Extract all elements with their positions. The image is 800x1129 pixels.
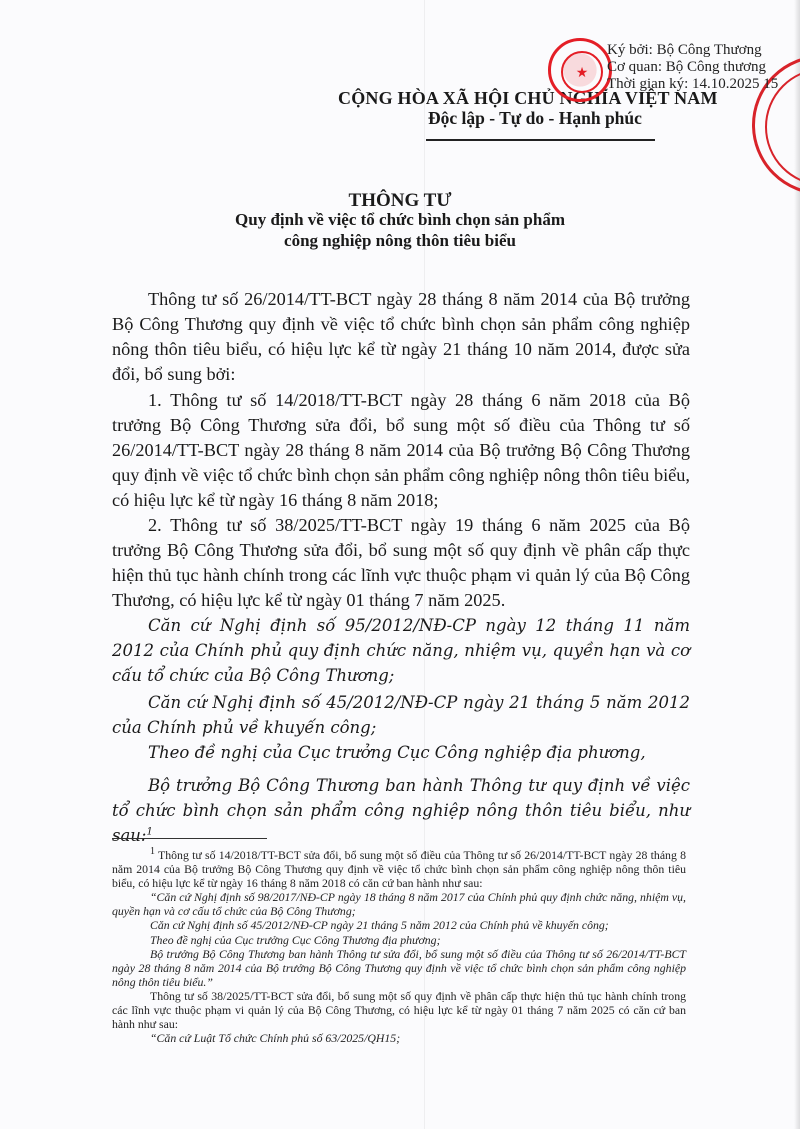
signed-by: Ký bởi: Bộ Công Thương	[607, 42, 778, 59]
footnote-quote-1: “Căn cứ Nghị định số 98/2017/NĐ-CP ngày …	[112, 890, 686, 918]
state-emblem-seal-icon: ★	[548, 38, 612, 102]
footnote-mark: 1	[150, 846, 155, 857]
digital-signature-block: Ký bởi: Bộ Công Thương Cơ quan: Bộ Công …	[607, 42, 778, 93]
document-page: CỘNG HÒA XÃ HỘI CHỦ NGHĨA VIỆT NAM Độc l…	[0, 0, 800, 1129]
amendment-2-paragraph: 2. Thông tư số 38/2025/TT-BCT ngày 19 th…	[112, 513, 690, 613]
footnote-p2: Thông tư số 38/2025/TT-BCT sửa đổi, bổ s…	[112, 989, 686, 1031]
legal-basis-1-text: Căn cứ Nghị định số 95/2012/NĐ-CP ngày 1…	[112, 613, 690, 688]
legal-basis-1: Căn cứ Nghị định số 95/2012/NĐ-CP ngày 1…	[112, 613, 690, 688]
footnote-quote-3: Theo đề nghị của Cục trưởng Cục Công Thư…	[112, 933, 686, 947]
footnote-1: 1 Thông tư số 14/2018/TT-BCT sửa đổi, bổ…	[112, 848, 686, 1045]
footnote-separator	[112, 838, 267, 839]
enactment-text-content: Bộ trưởng Bộ Công Thương ban hành Thông …	[112, 776, 690, 845]
signing-time: Thời gian ký: 14.10.2025 15	[607, 76, 778, 93]
footnote-quote-4: Bộ trưởng Bộ Công Thương ban hành Thông …	[112, 947, 686, 989]
document-type: THÔNG TƯ	[0, 190, 800, 212]
footnote-quote-2: Căn cứ Nghị định số 45/2012/NĐ-CP ngày 2…	[112, 918, 686, 932]
star-icon: ★	[563, 67, 601, 81]
legal-basis-2: Căn cứ Nghị định số 45/2012/NĐ-CP ngày 2…	[112, 690, 690, 740]
intro-text: Thông tư số 26/2014/TT-BCT ngày 28 tháng…	[112, 287, 690, 387]
document-subject-line-1: Quy định về việc tổ chức bình chọn sản p…	[0, 210, 800, 230]
amendment-1-paragraph: 1. Thông tư số 14/2018/TT-BCT ngày 28 th…	[112, 388, 690, 513]
footnote-p1-text: Thông tư số 14/2018/TT-BCT sửa đổi, bổ s…	[112, 848, 686, 890]
footnote-p1: 1 Thông tư số 14/2018/TT-BCT sửa đổi, bổ…	[112, 848, 686, 890]
amendment-2-text: 2. Thông tư số 38/2025/TT-BCT ngày 19 th…	[112, 513, 690, 613]
proposal-text: Theo đề nghị của Cục trưởng Cục Công ngh…	[112, 740, 690, 765]
national-motto: Độc lập - Tự do - Hạnh phúc	[428, 108, 642, 129]
signing-agency: Cơ quan: Bộ Công thương	[607, 59, 778, 76]
proposal-clause: Theo đề nghị của Cục trưởng Cục Công ngh…	[112, 740, 690, 765]
footnote-reference[interactable]: 1	[147, 827, 153, 838]
seal-inner-ring: ★	[561, 51, 603, 93]
footnote-quote-5: “Căn cứ Luật Tổ chức Chính phủ số 63/202…	[112, 1031, 686, 1045]
legal-basis-2-text: Căn cứ Nghị định số 45/2012/NĐ-CP ngày 2…	[112, 690, 690, 740]
enactment-text: Bộ trưởng Bộ Công Thương ban hành Thông …	[112, 773, 690, 848]
enactment-clause: Bộ trưởng Bộ Công Thương ban hành Thông …	[112, 773, 690, 848]
motto-underline	[426, 139, 655, 141]
amendment-1-text: 1. Thông tư số 14/2018/TT-BCT ngày 28 th…	[112, 388, 690, 513]
intro-paragraph: Thông tư số 26/2014/TT-BCT ngày 28 tháng…	[112, 287, 690, 387]
document-subject-line-2: công nghiệp nông thôn tiêu biểu	[0, 231, 800, 251]
